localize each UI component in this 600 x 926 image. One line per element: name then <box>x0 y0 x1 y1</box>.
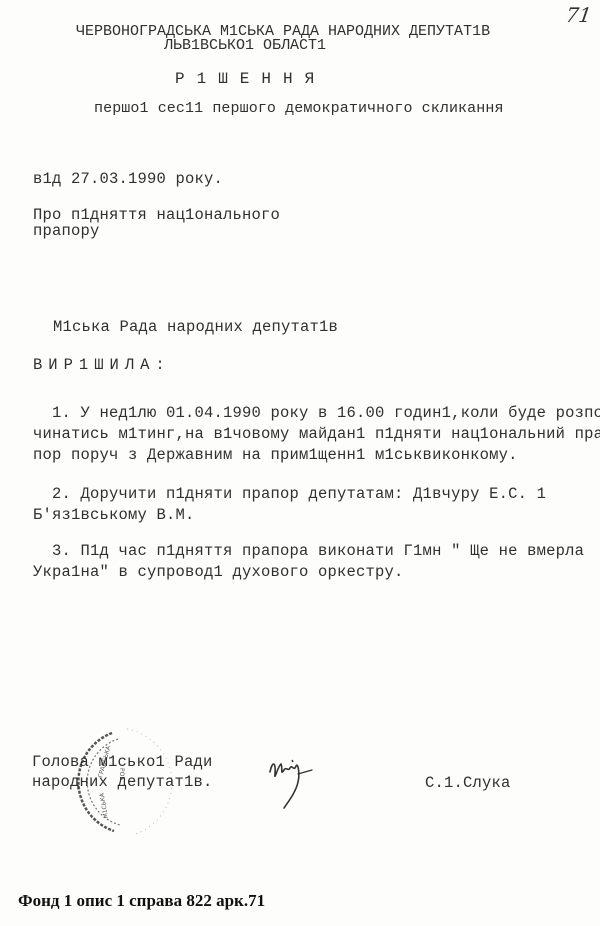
document-title: Р1ШЕННЯ <box>175 70 326 89</box>
document-subtitle: першо1 сес11 першого демократичного скли… <box>94 99 504 118</box>
svg-text:М1СЬКА: М1СЬКА <box>98 791 110 818</box>
signatory-name: С.1.Слука <box>425 774 511 793</box>
page-number: 71 <box>564 3 593 27</box>
document-page: 71 ЧЕРВОНОГРАДСЬКА М1СЬКА РАДА НАРОДНИХ … <box>0 0 600 926</box>
resolution-item-1: 1. У нед1лю 01.04.1990 року в 16.00 годи… <box>33 403 600 466</box>
resolution-item-2: 2. Доручити п1дняти прапор депутатам: Д1… <box>33 484 546 526</box>
resolved-label: ВИР1ШИЛА: <box>33 356 171 375</box>
council-line: М1ська Рада народних депутат1в <box>53 318 338 337</box>
resolution-item-3: 3. П1д час п1дняття прапора виконати Г1м… <box>33 541 584 583</box>
signatory-title: Голова м1сько1 Ради народних депутат1в. <box>32 752 213 792</box>
archive-reference: Фонд 1 опис 1 справа 822 арк.71 <box>18 891 265 911</box>
document-date: в1д 27.03.1990 року. <box>33 170 223 189</box>
header-region: ЛЬВ1ВСЬКО1 ОБЛАСТ1 <box>164 36 326 55</box>
document-subject: Про п1дняття нац1онального прапору <box>33 207 280 239</box>
handwritten-signature-icon <box>262 752 322 812</box>
